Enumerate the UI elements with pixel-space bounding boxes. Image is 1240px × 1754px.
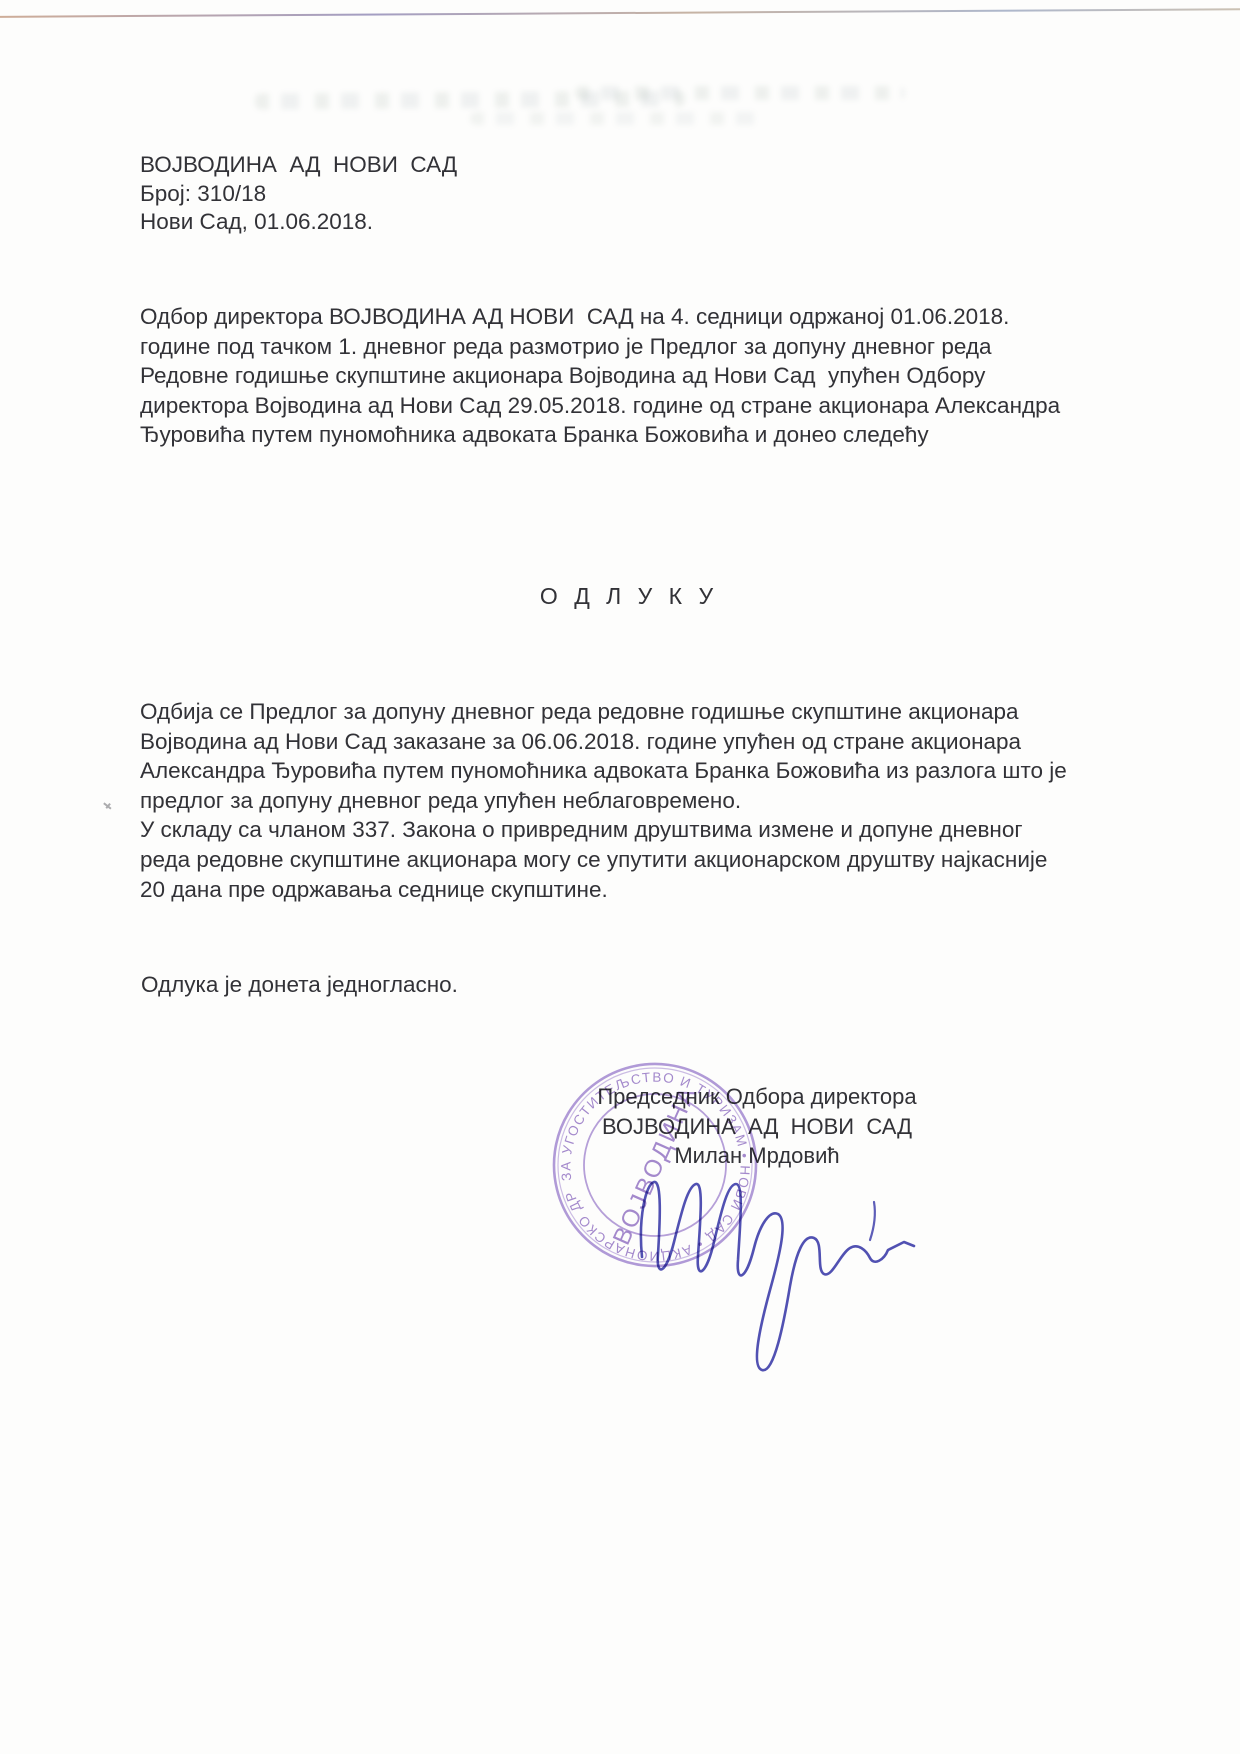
ink-bleedthrough-smudge bbox=[575, 86, 905, 100]
scanned-document-page: ВОЈВОДИНА АД НОВИ САД Број: 310/18 Нови … bbox=[0, 0, 1240, 1754]
body-line: Одбија се Предлог за допуну дневног реда… bbox=[140, 697, 1000, 727]
intro-line: Ђуровића путем пуномоћника адвоката Бран… bbox=[140, 420, 1000, 450]
decision-title: О Д Л У К У bbox=[0, 583, 1240, 610]
unanimous-statement: Одлука је донета једногласно. bbox=[141, 972, 458, 998]
body-line: У складу са чланом 337. Закона о привред… bbox=[140, 815, 1000, 845]
company-name: ВОЈВОДИНА АД НОВИ САД bbox=[140, 150, 457, 179]
scanner-edge-artifact bbox=[0, 8, 1240, 18]
stray-pen-mark bbox=[103, 801, 112, 810]
place-and-date: Нови Сад, 01.06.2018. bbox=[140, 207, 373, 236]
body-line: реда редовне скупштине акционара могу се… bbox=[140, 845, 1000, 875]
body-line: 20 дана пре одржавања седнице скупштине. bbox=[140, 875, 1000, 905]
intro-line: Одбор директора ВОЈВОДИНА АД НОВИ САД на… bbox=[140, 302, 1000, 332]
intro-line: директора Војводина ад Нови Сад 29.05.20… bbox=[140, 391, 1000, 421]
body-line: предлог за допуну дневног реда упућен не… bbox=[140, 786, 1000, 816]
intro-line: Редовне годишње скупштине акционара Војв… bbox=[140, 361, 1000, 391]
body-line: Војводина ад Нови Сад заказане за 06.06.… bbox=[140, 727, 1000, 757]
intro-line: године под тачком 1. дневног реда размот… bbox=[140, 332, 1000, 362]
document-number: Број: 310/18 bbox=[140, 179, 266, 208]
ink-bleedthrough-smudge bbox=[470, 112, 770, 125]
decision-body-paragraph: Одбија се Предлог за допуну дневног реда… bbox=[140, 697, 1000, 904]
intro-paragraph: Одбор директора ВОЈВОДИНА АД НОВИ САД на… bbox=[140, 302, 1000, 450]
body-line: Александра Ђуровића путем пуномоћника ад… bbox=[140, 756, 1000, 786]
handwritten-signature-icon bbox=[612, 1162, 932, 1402]
